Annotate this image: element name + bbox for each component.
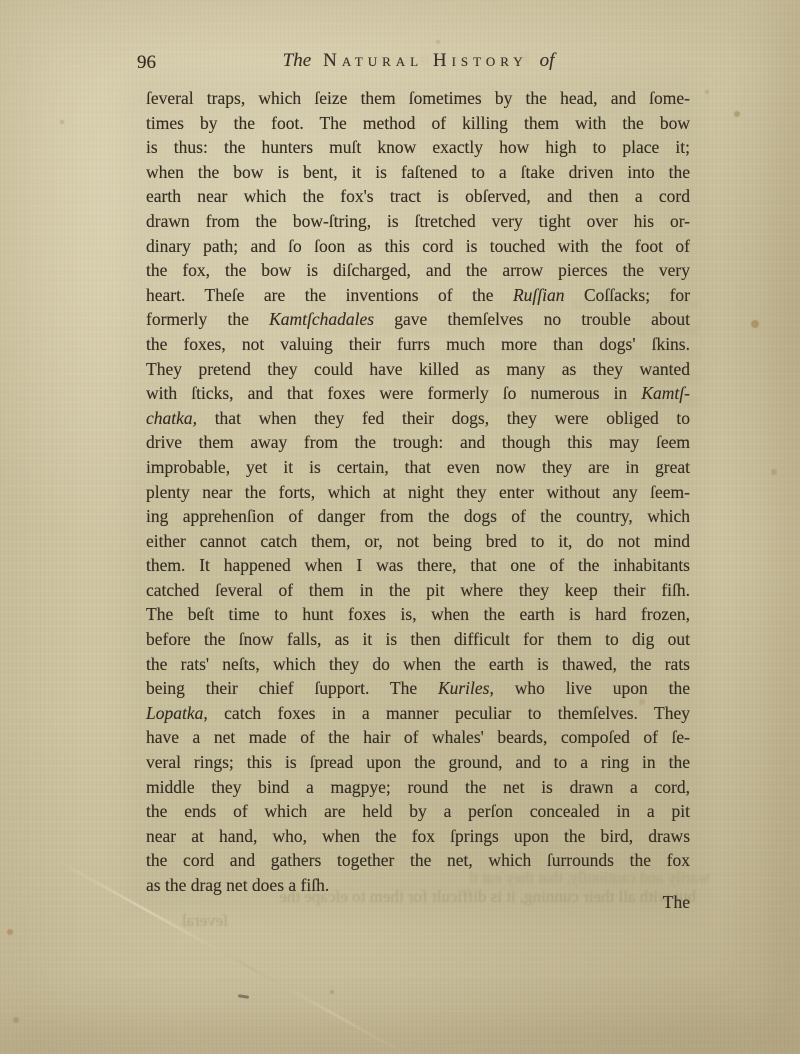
text-line: The beſt time to hunt foxes is, when the…	[146, 602, 690, 627]
header-lead-word: The	[283, 50, 312, 72]
text-line: is thus: the hunters muſt know exactly h…	[146, 135, 690, 160]
text-line: have a net made of the hair of whales' b…	[146, 725, 690, 750]
text-line: catched ſeveral of them in the pit where…	[146, 578, 690, 603]
text-line: drawn from the bow-ſtring, is ſtretched …	[146, 209, 690, 234]
running-header: The Natural History of	[146, 50, 691, 72]
text-line: the foxes, not valuing their furrs much …	[146, 332, 690, 357]
text-line: formerly the Kamtſchadales gave themſelv…	[146, 307, 690, 332]
text-line: them. It happened when I was there, that…	[146, 553, 690, 578]
text-line: the fox, the bow is diſcharged, and the …	[146, 258, 690, 283]
catchword: The	[560, 892, 690, 913]
text-line: either cannot catch them, or, not being …	[146, 529, 690, 554]
text-line: earth near which the fox's tract is obſe…	[146, 184, 690, 209]
text-line: drive them away from the trough: and tho…	[146, 430, 690, 455]
text-line: They pretend they could have killed as m…	[146, 357, 690, 382]
text-line: being their chief ſupport. The Kuriles, …	[146, 676, 690, 701]
text-line: heart. Theſe are the inventions of the R…	[146, 283, 690, 308]
text-line: improbable, yet it is certain, that even…	[146, 455, 690, 480]
text-line: veral rings; this is ſpread upon the gro…	[146, 750, 690, 775]
text-line: when the bow is bent, it is faſtened to …	[146, 160, 690, 185]
show-through-line: ſeveral	[148, 911, 228, 931]
text-line: the rats' neſts, which they do when the …	[146, 652, 690, 677]
text-line: ing apprehenſion of danger from the dogs…	[146, 504, 690, 529]
text-line: the cord and gathers together the net, w…	[146, 848, 690, 873]
header-title: Natural History	[323, 50, 527, 72]
text-line: Lopatka, catch foxes in a manner peculia…	[146, 701, 690, 726]
text-line: before the ſnow falls, as it is then dif…	[146, 627, 690, 652]
stray-ink-mark	[238, 994, 249, 999]
text-line: middle they bind a magpye; round the net…	[146, 775, 690, 800]
text-line: times by the foot. The method of killing…	[146, 111, 690, 136]
foxing-spots	[0, 0, 4, 4]
header-trail-word: of	[540, 50, 555, 72]
text-line: dinary path; and ſo ſoon as this cord is…	[146, 234, 690, 259]
body-text: ſeveral traps, which ſeize them ſometime…	[146, 86, 690, 898]
text-line: chatka, that when they fed their dogs, t…	[146, 406, 690, 431]
text-line: the ends of which are held by a perſon c…	[146, 799, 690, 824]
text-line: plenty near the forts, which at night th…	[146, 480, 690, 505]
text-line: near at hand, who, when the fox ſprings …	[146, 824, 690, 849]
text-line: ſeveral traps, which ſeize them ſometime…	[146, 86, 690, 111]
text-line: with ſticks, and that foxes were formerl…	[146, 381, 690, 406]
book-page: Kamtschatka whatever way the foxes are t…	[0, 0, 800, 1054]
